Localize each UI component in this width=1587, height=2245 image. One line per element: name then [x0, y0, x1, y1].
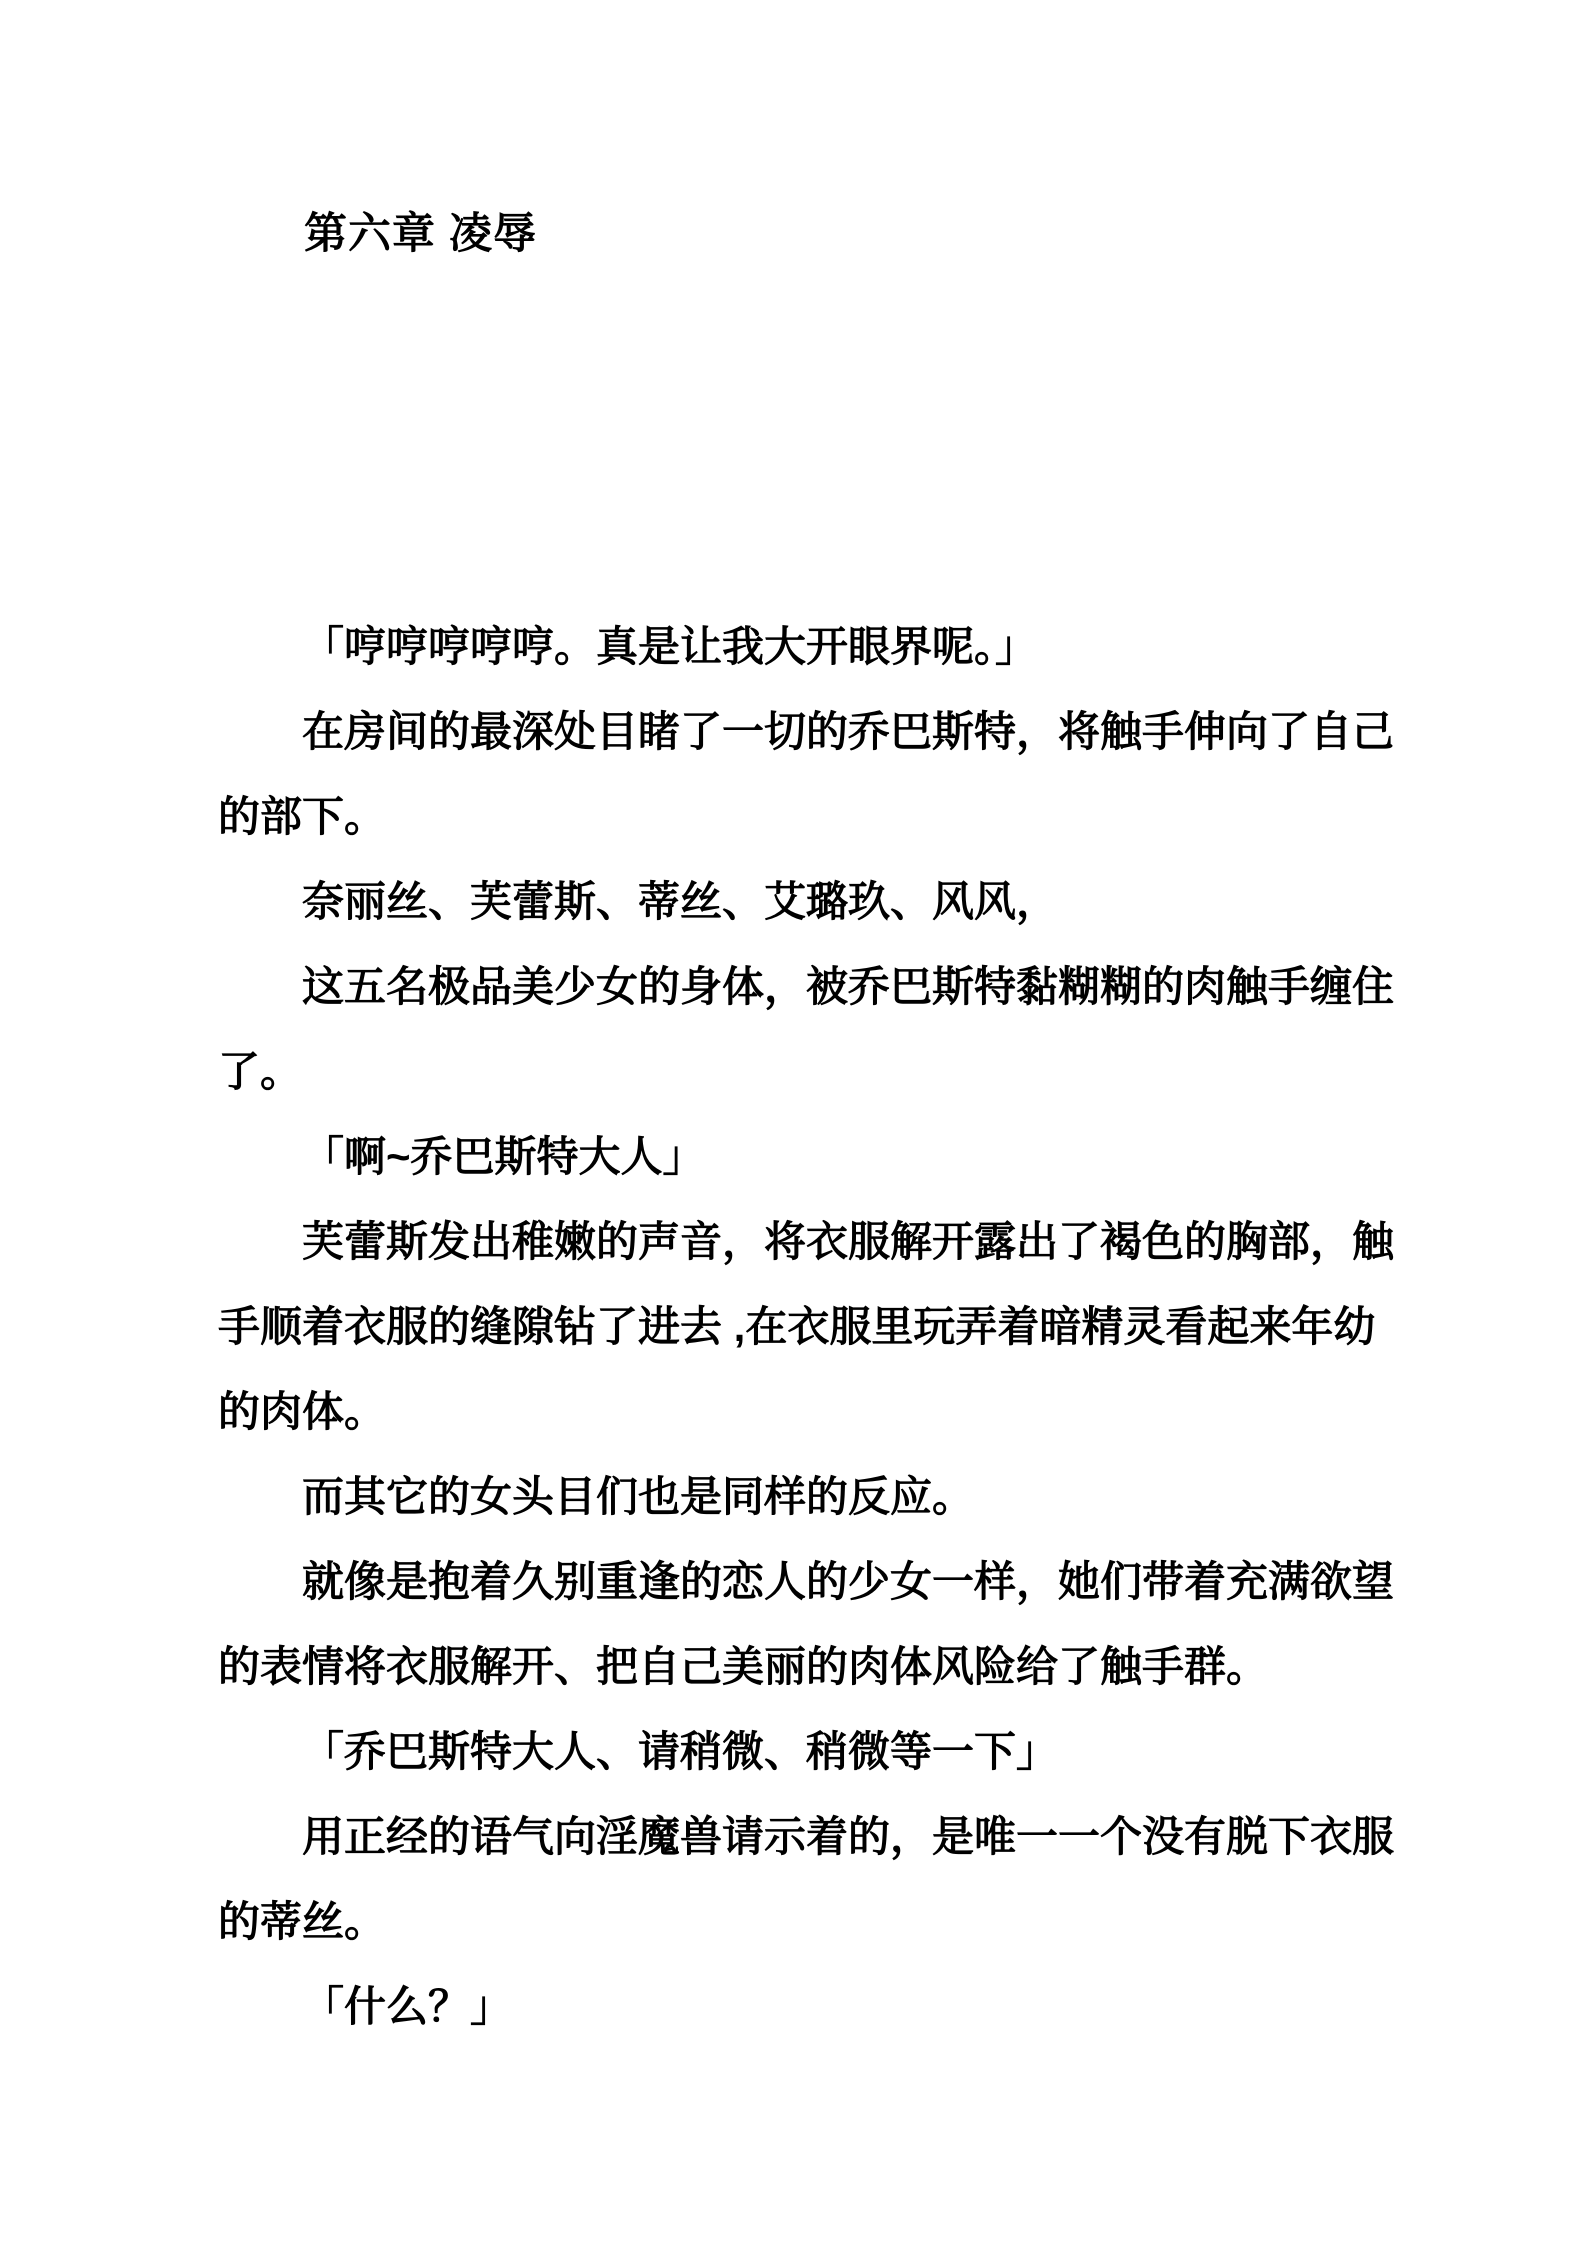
page-content: 第六章 凌辱 「哼哼哼哼哼。真是让我大开眼界呢。」 在房间的最深处目睹了一切的乔… [218, 192, 1408, 2049]
paragraph: 「啊~乔巴斯特大人」 [218, 1114, 1408, 1199]
paragraph: 在房间的最深处目睹了一切的乔巴斯特，将触手伸向了自己的部下。 [218, 689, 1408, 859]
paragraph: 奈丽丝、芙蕾斯、蒂丝、艾璐玖、风风， [218, 859, 1408, 944]
paragraph: 「乔巴斯特大人、请稍微、稍微等一下」 [218, 1709, 1408, 1794]
paragraph: 用正经的语气向淫魔兽请示着的，是唯一一个没有脱下衣服的蒂丝。 [218, 1794, 1408, 1964]
paragraph: 「什么？」 [218, 1964, 1408, 2049]
paragraph: 芙蕾斯发出稚嫩的声音，将衣服解开露出了褐色的胸部，触手顺着衣服的缝隙钻了进去 ,… [218, 1199, 1408, 1454]
paragraph: 「哼哼哼哼哼。真是让我大开眼界呢。」 [218, 604, 1408, 689]
document-page: 第六章 凌辱 「哼哼哼哼哼。真是让我大开眼界呢。」 在房间的最深处目睹了一切的乔… [0, 0, 1587, 2245]
paragraph: 就像是抱着久别重逢的恋人的少女一样，她们带着充满欲望的表情将衣服解开、把自己美丽… [218, 1539, 1408, 1709]
chapter-title: 第六章 凌辱 [218, 192, 1408, 277]
paragraph: 这五名极品美少女的身体，被乔巴斯特黏糊糊的肉触手缠住了。 [218, 944, 1408, 1114]
paragraph: 而其它的女头目们也是同样的反应。 [218, 1454, 1408, 1539]
